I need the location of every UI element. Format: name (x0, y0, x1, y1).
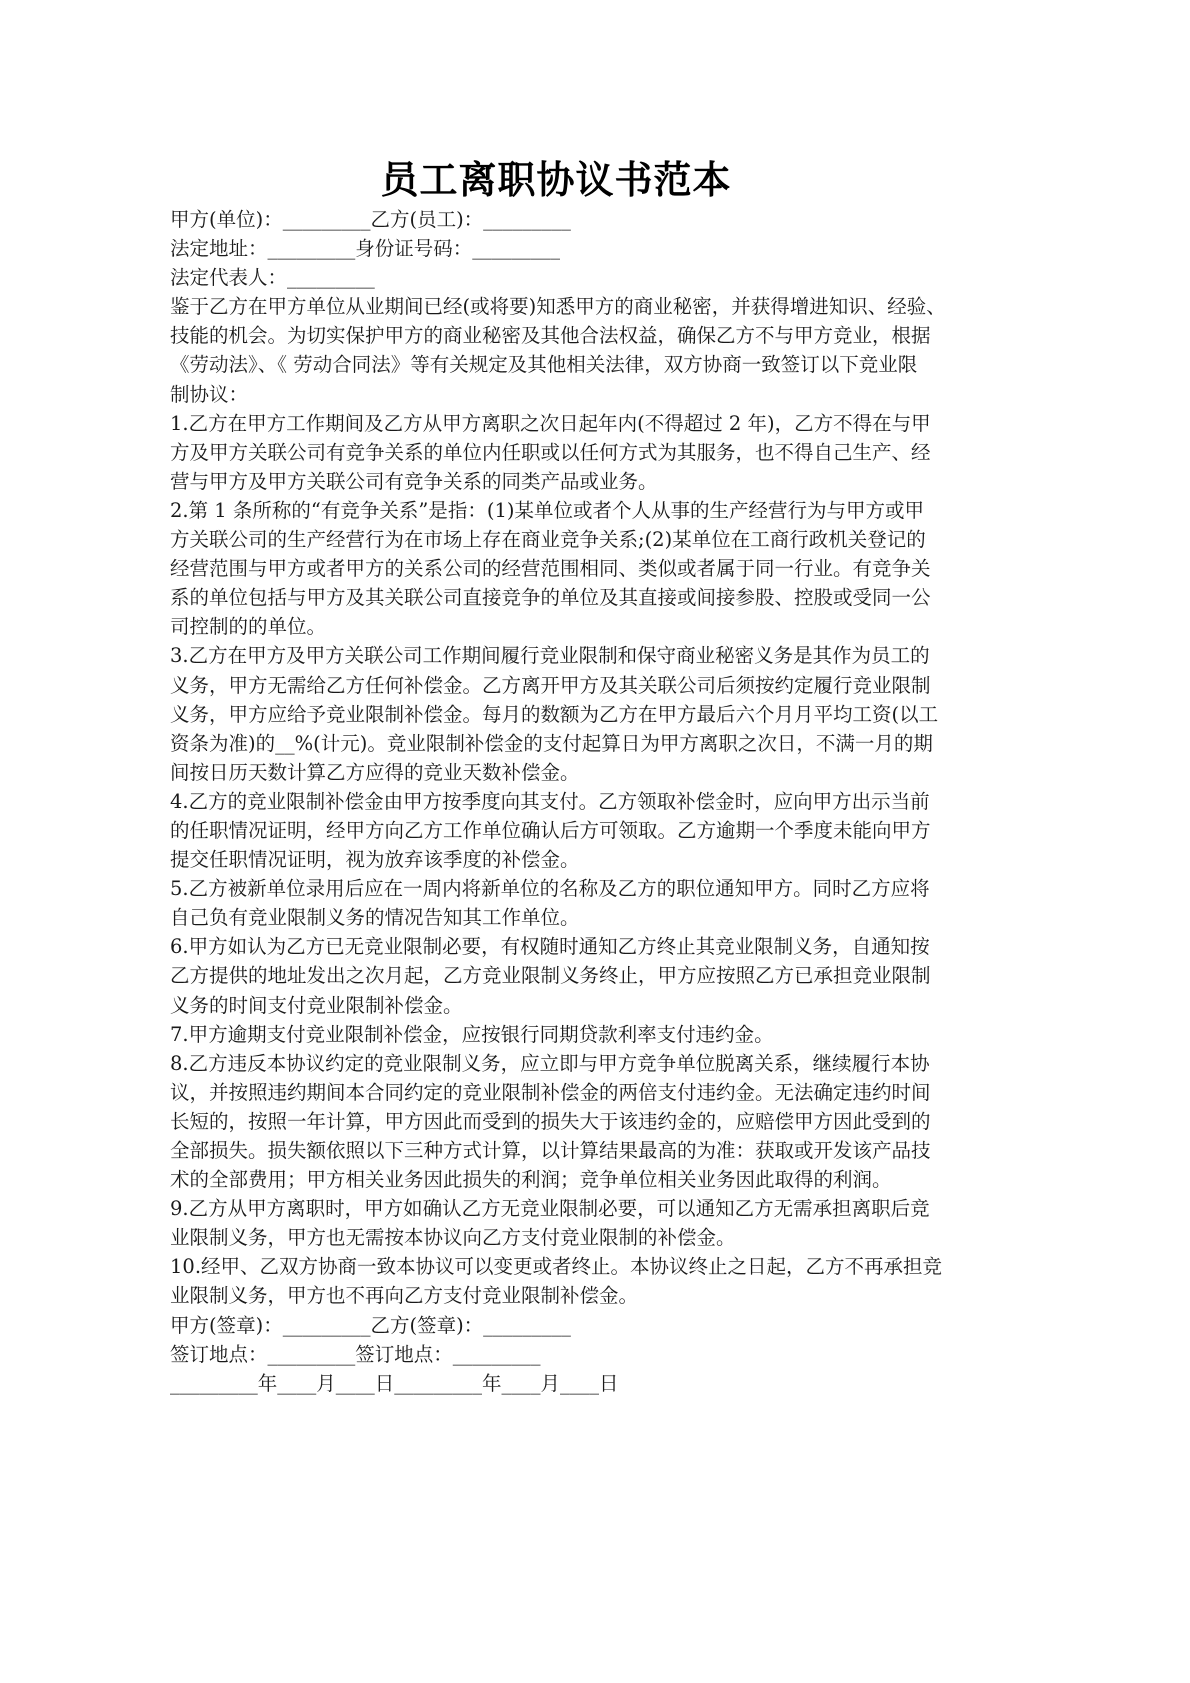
clause-line: 司控制的的单位。 (170, 612, 1030, 641)
clause-line: 系的单位包括与甲方及其关联公司直接竞争的单位及其直接或间接参股、控股或受同一公 (170, 583, 1030, 612)
clause-line: 营与甲方及甲方关联公司有竞争关系的同类产品或业务。 (170, 467, 1030, 496)
signature-fields: 甲方(签章)：_________乙方(签章)：_________ 签订地点：__… (170, 1311, 1030, 1398)
clause-line: 7.甲方逾期支付竞业限制补偿金，应按银行同期贷款利率支付违约金。 (170, 1020, 1030, 1049)
clause-1: 1.乙方在甲方工作期间及乙方从甲方离职之次日起年内(不得超过 2 年)，乙方不得… (170, 409, 1030, 496)
clause-line: 2.第 1 条所称的“有竞争关系”是指：(1)某单位或者个人从事的生产经营行为与… (170, 496, 1030, 525)
clause-5: 5.乙方被新单位录用后应在一周内将新单位的名称及乙方的职位通知甲方。同时乙方应将… (170, 874, 1030, 932)
clause-line: 方及甲方关联公司有竞争关系的单位内任职或以任何方式为其服务，也不得自己生产、经 (170, 438, 1030, 467)
address-id-field: 法定地址：_________身份证号码：_________ (170, 234, 1030, 263)
clause-line: 自己负有竞业限制义务的情况告知其工作单位。 (170, 903, 1030, 932)
clause-line: 经营范围与甲方或者甲方的关系公司的经营范围相同、类似或者属于同一行业。有竞争关 (170, 554, 1030, 583)
clause-4: 4.乙方的竞业限制补偿金由甲方按季度向其支付。乙方领取补偿金时，应向甲方出示当前… (170, 787, 1030, 874)
clause-line: 的任职情况证明，经甲方向乙方工作单位确认后方可领取。乙方逾期一个季度未能向甲方 (170, 816, 1030, 845)
document-page: 员工离职协议书范本 甲方(单位)：_________乙方(员工)：_______… (0, 0, 1190, 1683)
clause-8: 8.乙方违反本协议约定的竞业限制义务，应立即与甲方竞争单位脱离关系，继续履行本协… (170, 1049, 1030, 1194)
signing-date-field: _________年____月____日_________年____月____日 (170, 1369, 1030, 1398)
clause-line: 4.乙方的竞业限制补偿金由甲方按季度向其支付。乙方领取补偿金时，应向甲方出示当前 (170, 787, 1030, 816)
signing-place-field: 签订地点：_________签订地点：_________ (170, 1340, 1030, 1369)
clause-line: 术的全部费用；甲方相关业务因此损失的利润；竞争单位相关业务因此取得的利润。 (170, 1165, 1030, 1194)
clause-line: 义务的时间支付竞业限制补偿金。 (170, 991, 1030, 1020)
preamble-line: 《劳动法》、《 劳动合同法》等有关规定及其他相关法律，双方协商一致签订以下竞业限 (170, 350, 1030, 379)
clause-line: 3.乙方在甲方及甲方关联公司工作期间履行竞业限制和保守商业秘密义务是其作为员工的 (170, 641, 1030, 670)
clause-line: 6.甲方如认为乙方已无竞业限制必要，有权随时通知乙方终止其竞业限制义务，自通知按 (170, 932, 1030, 961)
clause-line: 乙方提供的地址发出之次月起，乙方竞业限制义务终止，甲方应按照乙方已承担竞业限制 (170, 961, 1030, 990)
clause-line: 提交任职情况证明，视为放弃该季度的补偿金。 (170, 845, 1030, 874)
clause-line: 资条为准)的__%(计元)。竞业限制补偿金的支付起算日为甲方离职之次日，不满一月… (170, 729, 1030, 758)
clause-line: 业限制义务，甲方也无需按本协议向乙方支付竞业限制的补偿金。 (170, 1223, 1030, 1252)
header-fields: 甲方(单位)：_________乙方(员工)：_________ 法定地址：__… (170, 205, 1030, 292)
clause-7: 7.甲方逾期支付竞业限制补偿金，应按银行同期贷款利率支付违约金。 (170, 1020, 1030, 1049)
clause-2: 2.第 1 条所称的“有竞争关系”是指：(1)某单位或者个人从事的生产经营行为与… (170, 496, 1030, 641)
clause-line: 5.乙方被新单位录用后应在一周内将新单位的名称及乙方的职位通知甲方。同时乙方应将 (170, 874, 1030, 903)
document-body: 甲方(单位)：_________乙方(员工)：_________ 法定地址：__… (170, 205, 1030, 1398)
signature-field: 甲方(签章)：_________乙方(签章)：_________ (170, 1311, 1030, 1340)
preamble-line: 技能的机会。为切实保护甲方的商业秘密及其他合法权益，确保乙方不与甲方竞业，根据 (170, 321, 1030, 350)
clause-6: 6.甲方如认为乙方已无竞业限制必要，有权随时通知乙方终止其竞业限制义务，自通知按… (170, 932, 1030, 1019)
clause-line: 议，并按照违约期间本合同约定的竞业限制补偿金的两倍支付违约金。无法确定违约时间 (170, 1078, 1030, 1107)
clause-line: 业限制义务，甲方也不再向乙方支付竞业限制补偿金。 (170, 1281, 1030, 1310)
clause-3: 3.乙方在甲方及甲方关联公司工作期间履行竞业限制和保守商业秘密义务是其作为员工的… (170, 641, 1030, 786)
clause-line: 间按日历天数计算乙方应得的竞业天数补偿金。 (170, 758, 1030, 787)
document-title: 员工离职协议书范本 (0, 158, 1112, 202)
clause-line: 方关联公司的生产经营行为在市场上存在商业竞争关系;(2)某单位在工商行政机关登记… (170, 525, 1030, 554)
clause-9: 9.乙方从甲方离职时，甲方如确认乙方无竞业限制必要，可以通知乙方无需承担离职后竞… (170, 1194, 1030, 1252)
preamble-line: 制协议： (170, 380, 1030, 409)
clause-line: 义务，甲方无需给乙方任何补偿金。乙方离开甲方及其关联公司后须按约定履行竞业限制 (170, 671, 1030, 700)
clause-line: 义务，甲方应给予竞业限制补偿金。每月的数额为乙方在甲方最后六个月月平均工资(以工 (170, 700, 1030, 729)
legal-rep-field: 法定代表人：_________ (170, 263, 1030, 292)
party-a-b-field: 甲方(单位)：_________乙方(员工)：_________ (170, 205, 1030, 234)
clause-line: 10.经甲、乙双方协商一致本协议可以变更或者终止。本协议终止之日起，乙方不再承担… (170, 1252, 1030, 1281)
preamble: 鉴于乙方在甲方单位从业期间已经(或将要)知悉甲方的商业秘密，并获得增进知识、经验… (170, 292, 1030, 408)
clause-line: 全部损失。损失额依照以下三种方式计算，以计算结果最高的为准：获取或开发该产品技 (170, 1136, 1030, 1165)
preamble-line: 鉴于乙方在甲方单位从业期间已经(或将要)知悉甲方的商业秘密，并获得增进知识、经验… (170, 292, 1030, 321)
clause-line: 9.乙方从甲方离职时，甲方如确认乙方无竞业限制必要，可以通知乙方无需承担离职后竞 (170, 1194, 1030, 1223)
clause-line: 8.乙方违反本协议约定的竞业限制义务，应立即与甲方竞争单位脱离关系，继续履行本协 (170, 1049, 1030, 1078)
clause-10: 10.经甲、乙双方协商一致本协议可以变更或者终止。本协议终止之日起，乙方不再承担… (170, 1252, 1030, 1310)
clause-line: 1.乙方在甲方工作期间及乙方从甲方离职之次日起年内(不得超过 2 年)，乙方不得… (170, 409, 1030, 438)
clause-line: 长短的，按照一年计算，甲方因此而受到的损失大于该违约金的，应赔偿甲方因此受到的 (170, 1107, 1030, 1136)
